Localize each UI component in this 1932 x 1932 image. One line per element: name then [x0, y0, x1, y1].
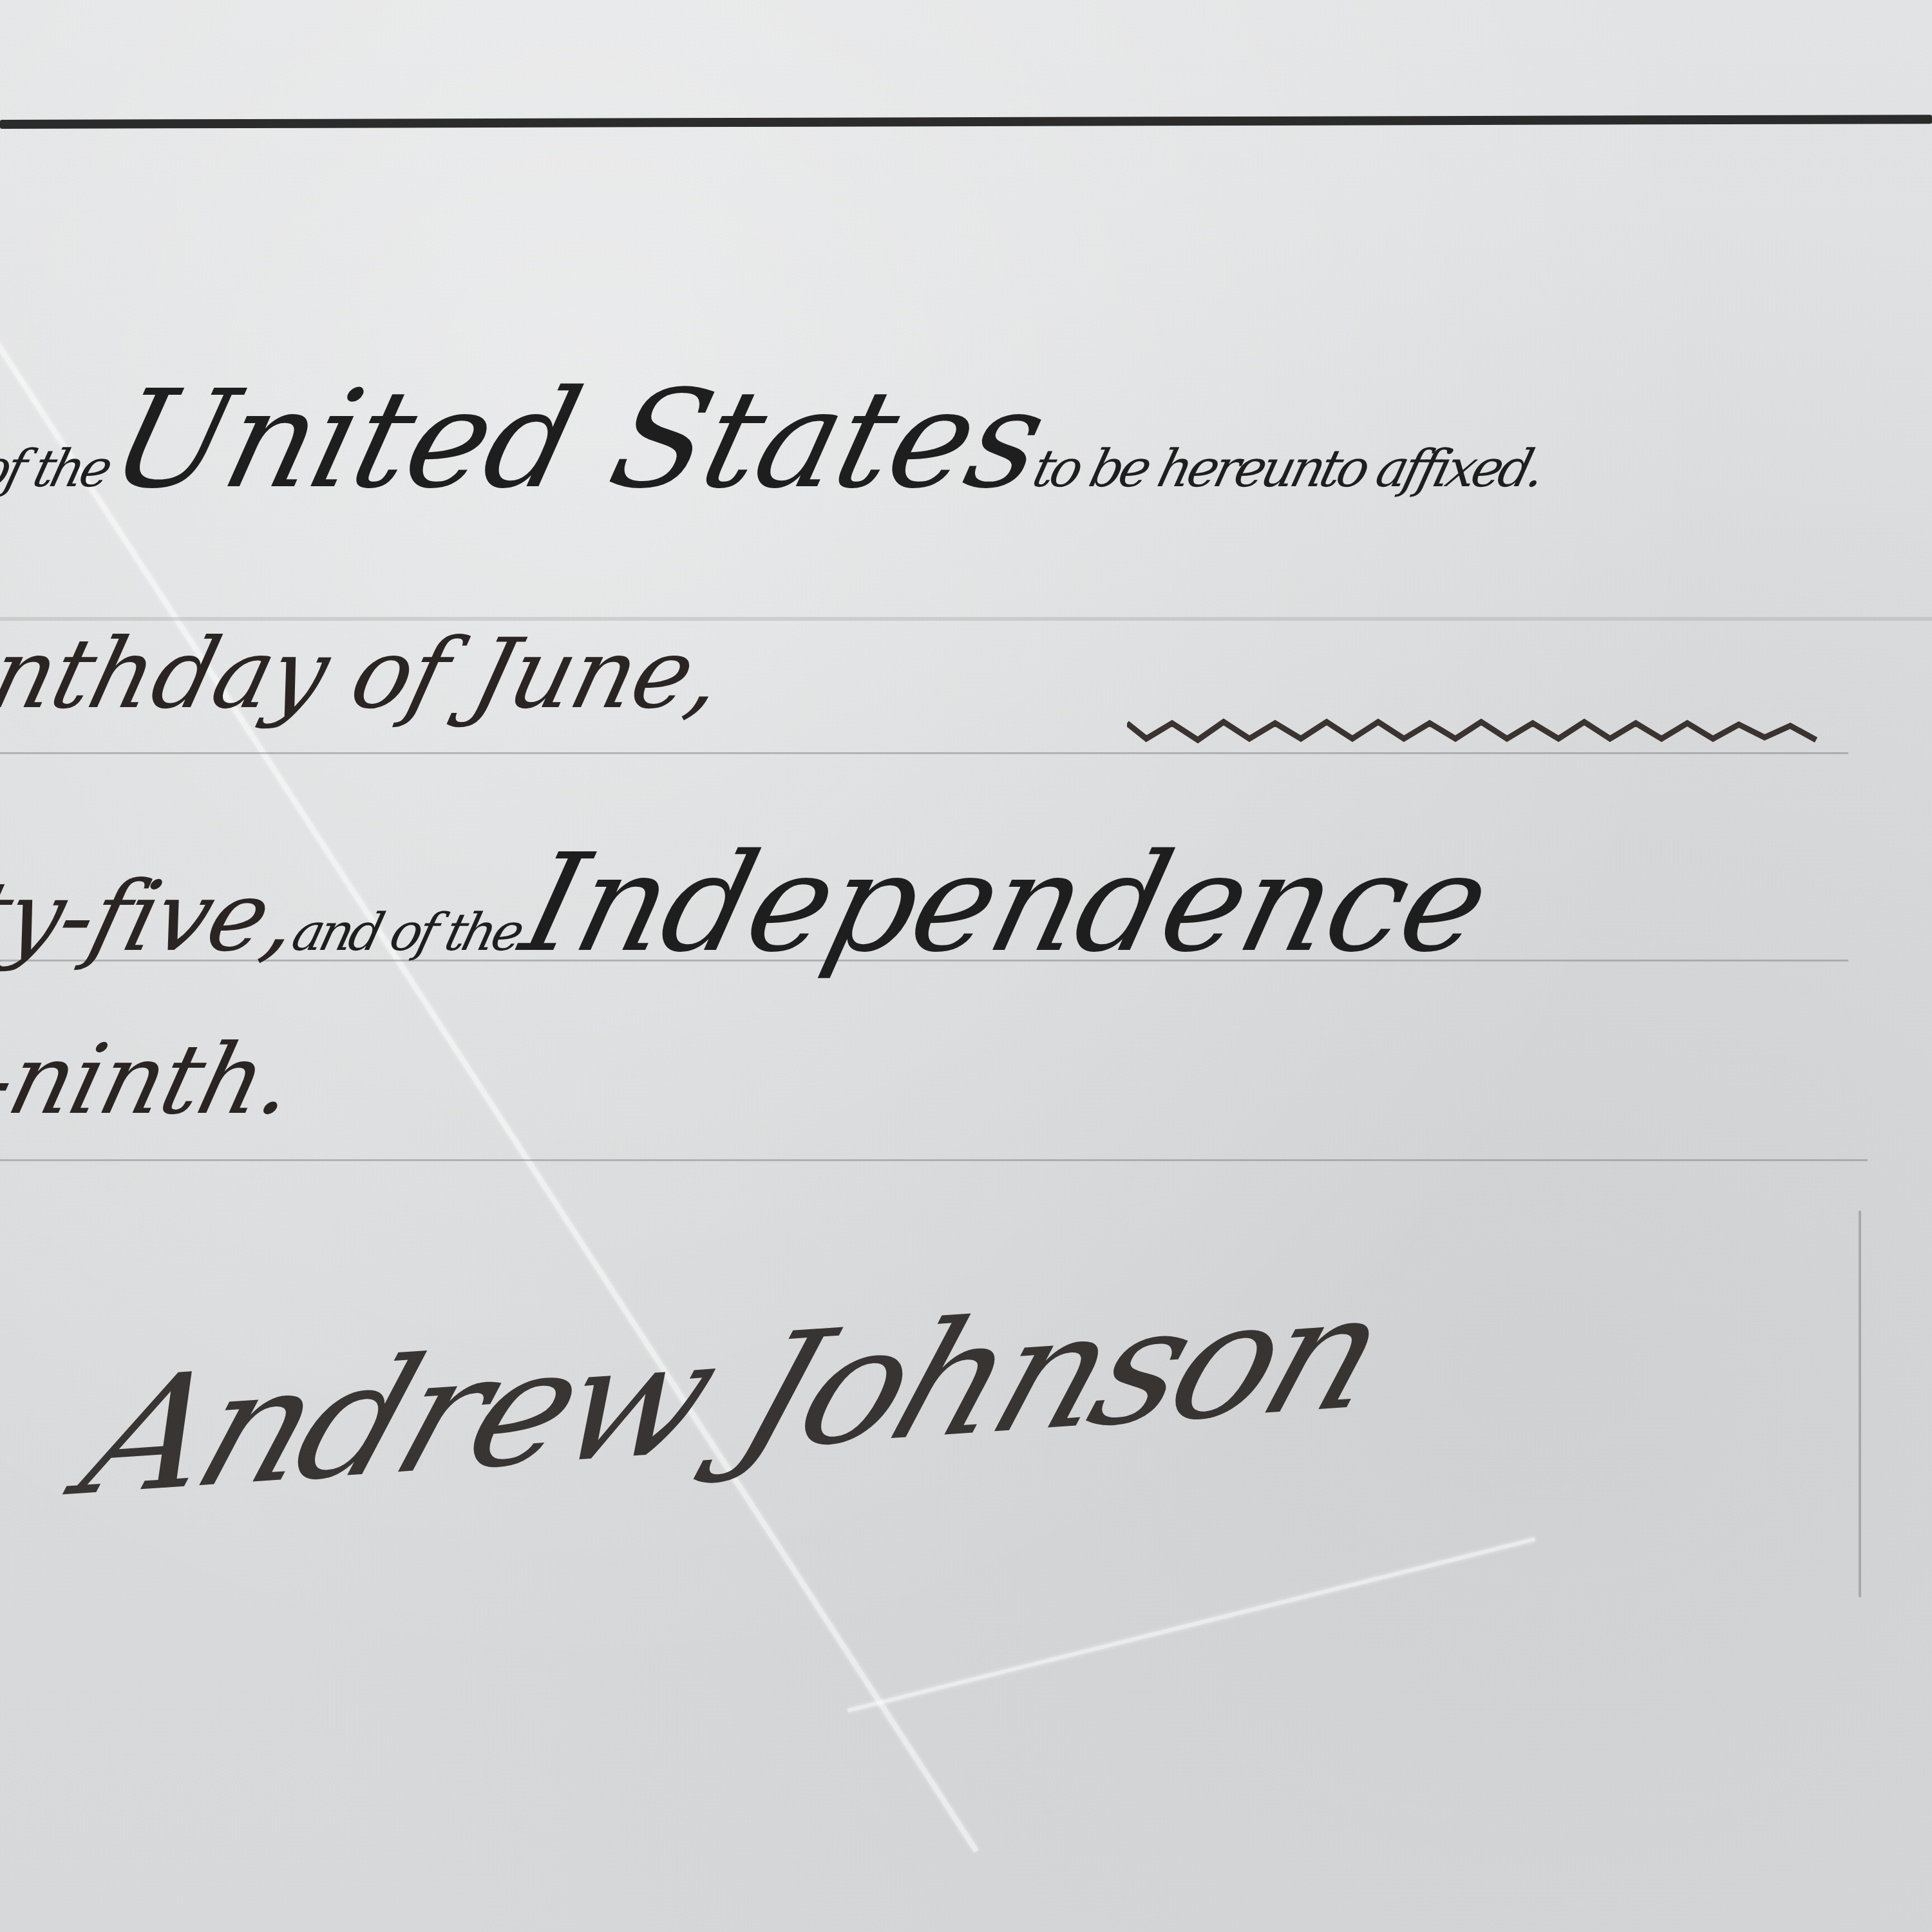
wavy-fill-line [1127, 718, 1848, 744]
text-line-seal-clause: of the United States to be hereunto affi… [0, 361, 1568, 518]
line-1-lead: of the [0, 439, 115, 498]
line-1-trail: to be hereunto affixed. [1027, 439, 1549, 498]
right-margin-rule [1859, 1211, 1861, 1597]
baseline-guide [0, 752, 1848, 754]
line-2-lead: nth [0, 618, 167, 730]
baseline-guide [0, 1159, 1868, 1161]
text-line-date: nth day of June, [0, 618, 734, 730]
line-2-day-of-june: day of June, [141, 618, 734, 730]
text-line-independence-year: -ninth. [0, 1024, 305, 1136]
text-line-year: ty-five, and of the Independence [0, 824, 1503, 982]
line-1-united-states: United States [97, 361, 1059, 518]
line-3-connector: and of the [287, 902, 527, 962]
line-3-lead: ty-five, [0, 861, 310, 973]
line-3-independence: Independence [509, 824, 1503, 982]
line-4-lead: -ninth. [0, 1024, 305, 1136]
